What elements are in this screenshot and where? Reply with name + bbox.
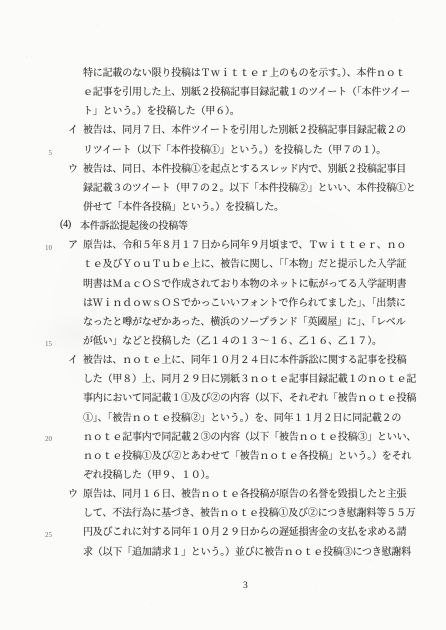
line-text: 明書はＭａｃＯＳで作成されており本物のネットに転がってる入学証明書 — [83, 275, 406, 290]
doc-line: ア原告は、令和５年８月１７日から同年９月頃まで、Ｔｗｉｔｔｅｒ、ｎｏ — [0, 234, 432, 253]
doc-line: 求（以下「追加請求１」という。）並びに被告ｎｏｔｅ投稿③につき慰謝料 — [0, 541, 432, 560]
page-number: 3 — [243, 581, 248, 591]
line-text: ぞれ投稿した（甲９、１０）。 — [83, 466, 215, 481]
doc-line: ｔｅ及びＹｏｕＴｕｂｅ上に、被告に関し、「「本物」だと提示した入学証 — [0, 253, 432, 272]
line-text: 事内において同記載１①及び②の内容（以下、それぞれ「被告ｎｏｔｅ投稿 — [83, 389, 416, 404]
doc-line: ①」、「被告ｎｏｔｅ投稿②」という。）を、同年１１月２日に同記載２の — [0, 407, 432, 426]
doc-line: 併せて「本件各投稿」という。）を投稿した。 — [0, 196, 432, 215]
line-text: ｔｅ及びＹｏｕＴｕｂｅ上に、被告に関し、「「本物」だと提示した入学証 — [83, 255, 406, 270]
line-text: 被告は、ｎｏｔｅ上に、同年１０月２４日に本件訴訟に関する記事を投稿 — [83, 351, 406, 366]
line-text: して、不法行為に基づき、被告ｎｏｔｅ投稿①及び②につき慰謝料等５５万 — [83, 504, 415, 519]
doc-line: なったと噂がなぜかあった、横浜のソープランド「英國屋」に」、「レベル — [0, 311, 432, 330]
line-text: 併せて「本件各投稿」という。）を投稿した。 — [83, 198, 284, 213]
doc-line: 録記載３のツイート（甲７の２。以下「本件投稿②」といい、本件投稿①と — [0, 177, 432, 196]
line-text: ①」、「被告ｎｏｔｅ投稿②」という。）を、同年１１月２日に同記載２の — [83, 409, 401, 424]
item-marker: ア — [68, 236, 83, 251]
doc-line: して、不法行為に基づき、被告ｎｏｔｅ投稿①及び②につき慰謝料等５５万 — [0, 502, 432, 521]
line-text: ｎｏｔｅ投稿①及び②とあわせて「被告ｎｏｔｅ各投稿」という。）をそれ — [83, 447, 411, 462]
doc-line: ウ原告は、同月１６日、被告ｎｏｔｅ各投稿が原告の名誉を毀損したと主張 — [0, 483, 432, 502]
item-marker: ウ — [68, 160, 83, 175]
line-text: なったと噂がなぜかあった、横浜のソープランド「英國屋」に」、「レベル — [83, 313, 405, 328]
doc-line: イ被告は、同月７日、本件ツイートを引用した別紙２投稿記事目録記載２の — [0, 119, 432, 138]
line-text: 円及びこれに対する同年１０月２９日からの遅延損害金の支払を求める請 — [83, 523, 406, 538]
doc-line: が低い」などと投稿した（乙１４の１３～１６、乙１６、乙１７）。 — [0, 330, 432, 349]
doc-line: した（甲８）上、同月２９日に別紙３ｎｏｔｅ記事目録記載１のｎｏｔｅ記 — [0, 368, 432, 387]
item-marker: イ — [68, 351, 83, 366]
line-text: リツイート（以下「本件投稿①」という。）を投稿した（甲７の１）。 — [83, 141, 386, 156]
line-text: ト」という。）を投稿した（甲６）。 — [83, 102, 240, 117]
doc-line: 特に記載のない限り投稿はＴｗｉｔｔｅｒ上のものを示す。）、本件ｎｏｔ — [0, 62, 432, 81]
line-text: ｎｏｔｅ記事内で同記載２③の内容（以下「被告ｎｏｔｅ投稿③」といい、 — [83, 428, 416, 443]
doc-line: ト」という。）を投稿した（甲６）。 — [0, 100, 432, 119]
line-text: 本件訴訟提起後の投稿等 — [80, 217, 188, 232]
doc-line: 事内において同記載１①及び②の内容（以下、それぞれ「被告ｎｏｔｅ投稿 — [0, 387, 432, 406]
doc-line: 明書はＭａｃＯＳで作成されており本物のネットに転がってる入学証明書 — [0, 273, 432, 292]
line-text: 原告は、同月１６日、被告ｎｏｔｅ各投稿が原告の名誉を毀損したと主張 — [83, 485, 406, 500]
doc-line: ｎｏｔｅ記事内で同記載２③の内容（以下「被告ｎｏｔｅ投稿③」といい、 — [0, 426, 432, 445]
doc-line: 円及びこれに対する同年１０月２９日からの遅延損害金の支払を求める請 — [0, 521, 432, 540]
line-text: 原告は、令和５年８月１７日から同年９月頃まで、Ｔｗｉｔｔｅｒ、ｎｏ — [83, 236, 406, 251]
doc-line: はＷｉｎｄｏｗｓＯＳでかっこいいフォントで作られてました」、「出禁に — [0, 292, 432, 311]
item-marker: ウ — [68, 485, 83, 500]
line-text: ｅ記事を引用した上、別紙２投稿記事目録記載１のツイート（「本件ツイー — [83, 83, 410, 98]
doc-line: ぞれ投稿した（甲９、１０）。 — [0, 464, 432, 483]
doc-line-section-heading: (4)本件訴訟提起後の投稿等 — [0, 215, 432, 234]
line-text: 被告は、同月７日、本件ツイートを引用した別紙２投稿記事目録記載２の — [83, 121, 406, 136]
line-text: 求（以下「追加請求１」という。）並びに被告ｎｏｔｅ投稿③につき慰謝料 — [83, 543, 411, 558]
doc-line: イ被告は、ｎｏｔｅ上に、同年１０月２４日に本件訴訟に関する記事を投稿 — [0, 349, 432, 368]
doc-line: リツイート（以下「本件投稿①」という。）を投稿した（甲７の１）。 — [0, 139, 432, 158]
document-body: 特に記載のない限り投稿はＴｗｉｔｔｅｒ上のものを示す。）、本件ｎｏｔ ｅ記事を引… — [0, 62, 432, 560]
scanned-court-document-page: 5 10 15 20 25 特に記載のない限り投稿はＴｗｉｔｔｅｒ上のものを示す… — [0, 0, 446, 630]
line-text: はＷｉｎｄｏｗｓＯＳでかっこいいフォントで作られてました」、「出禁に — [83, 294, 406, 309]
line-text: 特に記載のない限り投稿はＴｗｉｔｔｅｒ上のものを示す。）、本件ｎｏｔ — [83, 64, 405, 79]
doc-line: ウ被告は、同日、本件投稿①を起点とするスレッド内で、別紙２投稿記事目 — [0, 158, 432, 177]
section-number-marker: (4) — [60, 219, 80, 230]
doc-line: ｅ記事を引用した上、別紙２投稿記事目録記載１のツイート（「本件ツイー — [0, 81, 432, 100]
line-text: 被告は、同日、本件投稿①を起点とするスレッド内で、別紙２投稿記事目 — [83, 160, 406, 175]
line-text: 録記載３のツイート（甲７の２。以下「本件投稿②」といい、本件投稿①と — [83, 179, 416, 194]
item-marker: イ — [68, 121, 83, 136]
doc-line: ｎｏｔｅ投稿①及び②とあわせて「被告ｎｏｔｅ各投稿」という。）をそれ — [0, 445, 432, 464]
line-text: した（甲８）上、同月２９日に別紙３ｎｏｔｅ記事目録記載１のｎｏｔｅ記 — [83, 370, 416, 385]
line-text: が低い」などと投稿した（乙１４の１３～１６、乙１６、乙１７）。 — [83, 332, 382, 347]
